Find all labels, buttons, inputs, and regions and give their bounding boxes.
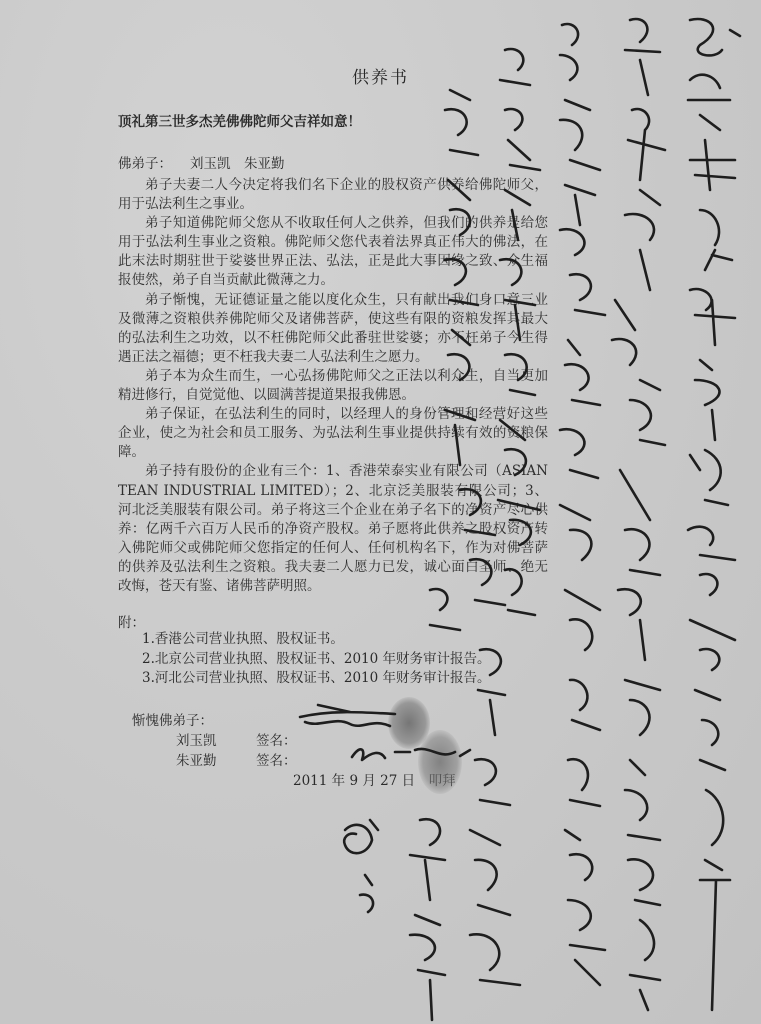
sign-label: 签名： xyxy=(256,729,297,749)
signatory-name: 刘玉凯 xyxy=(176,733,217,749)
scanned-page: 供养书 顶礼第三世多杰羌佛佛陀师父吉祥如意！ 佛弟子：刘玉凯 朱亚勤 弟子夫妻二… xyxy=(0,0,761,1024)
paragraph: 弟子保证，在弘法利生的同时，以经理人的身份管理和经营好这些企业，使之为社会和员工… xyxy=(118,405,548,462)
disciples-label: 佛弟子： xyxy=(118,156,172,172)
disciples-names: 刘玉凯 朱亚勤 xyxy=(190,156,285,172)
attachments-label: 附： xyxy=(118,611,145,631)
signatory-row: 刘玉凯 签名： xyxy=(176,729,217,749)
letter-body: 弟子夫妻二人今决定将我们名下企业的股权资产供养给佛陀师父，用于弘法利生之事业。 … xyxy=(118,176,548,596)
sign-label: 签名： xyxy=(256,749,297,769)
signoff: 惭愧佛弟子： xyxy=(132,709,213,729)
paragraph: 弟子惭愧，无证德证量之能以度化众生，只有献出我们身口意三业及微薄之资粮供养佛陀师… xyxy=(118,291,548,367)
paragraph: 弟子夫妻二人今决定将我们名下企业的股权资产供养给佛陀师父，用于弘法利生之事业。 xyxy=(118,176,548,214)
attachment-item: 1.香港公司营业执照、股权证书。 xyxy=(142,630,491,650)
disciples-line: 佛弟子：刘玉凯 朱亚勤 xyxy=(118,152,285,172)
signatory-name: 朱亚勤 xyxy=(176,753,217,769)
signature-liu xyxy=(300,705,395,726)
attachment-item: 3.河北公司营业执照、股权证书、2010 年财务审计报告。 xyxy=(142,669,491,689)
salutation: 顶礼第三世多杰羌佛佛陀师父吉祥如意！ xyxy=(118,110,361,130)
fingerprint-icon xyxy=(418,730,462,794)
attachment-item: 2.北京公司营业执照、股权证书、2010 年财务审计报告。 xyxy=(142,650,491,670)
paragraph: 弟子知道佛陀师父您从不收取任何人之供养，但我们的供养是给您用于弘法利生事业之资粮… xyxy=(118,214,548,290)
paragraph: 弟子持有股份的企业有三个：1、香港荣泰实业有限公司（ASIAN TEAN IND… xyxy=(118,462,548,596)
attachments-list: 1.香港公司营业执照、股权证书。 2.北京公司营业执照、股权证书、2010 年财… xyxy=(142,630,491,689)
paragraph: 弟子本为众生而生，一心弘扬佛陀师父之正法以利众生，自当更加精进修行，自觉觉他、以… xyxy=(118,367,548,405)
signatory-row: 朱亚勤 签名： xyxy=(176,749,217,769)
document-title: 供养书 xyxy=(0,63,761,88)
